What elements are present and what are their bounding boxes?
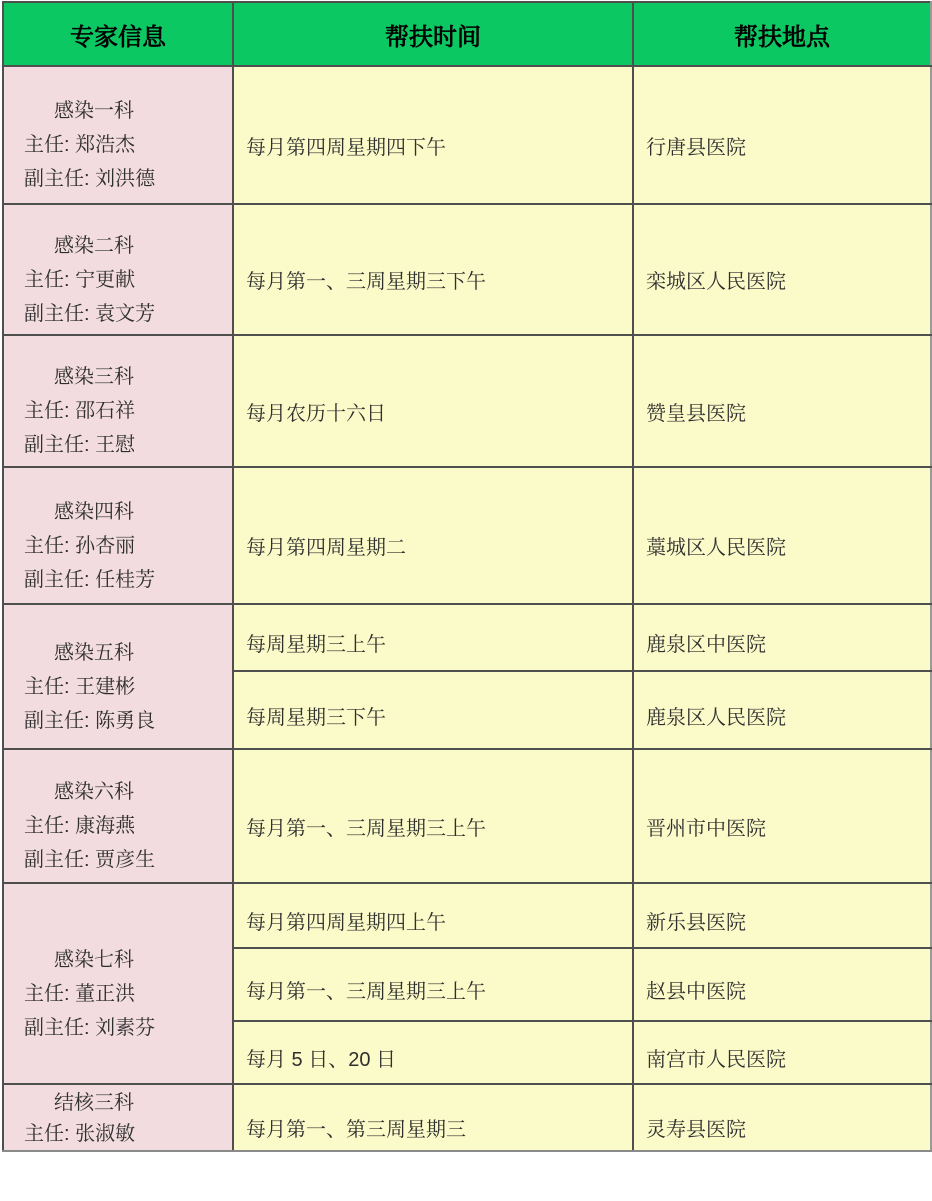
staff-line: 主任: 张淑敏 <box>24 1119 226 1150</box>
staff-line: 副主任: 刘洪德 <box>24 162 226 196</box>
expert-cell: 感染三科 主任: 邵石祥 副主任: 王慰 <box>3 335 233 467</box>
table-row: 感染五科 主任: 王建彬 副主任: 陈勇良 每周星期三上午 鹿泉区中医院 <box>3 604 931 671</box>
expert-cell: 感染六科 主任: 康海燕 副主任: 贾彦生 <box>3 749 233 883</box>
staff-line: 副主任: 袁文芳 <box>24 297 226 331</box>
expert-cell: 结核三科 主任: 张淑敏 <box>3 1084 233 1151</box>
support-location-cell: 晋州市中医院 <box>633 749 931 883</box>
support-location-cell: 藁城区人民医院 <box>633 467 931 604</box>
department-name: 感染三科 <box>24 360 226 394</box>
staff-line: 主任: 康海燕 <box>24 809 226 843</box>
support-location-cell: 新乐县医院 <box>633 883 931 948</box>
staff-line: 主任: 郑浩杰 <box>24 128 226 162</box>
department-name: 感染七科 <box>24 943 226 977</box>
staff-line: 主任: 宁更献 <box>24 263 226 297</box>
expert-cell: 感染四科 主任: 孙杏丽 副主任: 任桂芳 <box>3 467 233 604</box>
support-location-cell: 赵县中医院 <box>633 948 931 1021</box>
department-name: 感染四科 <box>24 495 226 529</box>
support-time-cell: 每月农历十六日 <box>233 335 633 467</box>
support-location-cell: 鹿泉区人民医院 <box>633 671 931 749</box>
department-name: 感染一科 <box>24 94 226 128</box>
support-time-cell: 每月第四周星期四上午 <box>233 883 633 948</box>
header-support-location: 帮扶地点 <box>633 2 931 66</box>
support-location-cell: 灵寿县医院 <box>633 1084 931 1151</box>
staff-line: 副主任: 任桂芳 <box>24 563 226 597</box>
support-time-cell: 每月第一、三周星期三下午 <box>233 204 633 335</box>
table-row: 感染四科 主任: 孙杏丽 副主任: 任桂芳 每月第四周星期二 藁城区人民医院 <box>3 467 931 604</box>
expert-cell: 感染一科 主任: 郑浩杰 副主任: 刘洪德 <box>3 66 233 204</box>
support-time-cell: 每月第一、三周星期三上午 <box>233 948 633 1021</box>
department-name: 感染二科 <box>24 229 226 263</box>
table-row: 感染二科 主任: 宁更献 副主任: 袁文芳 每月第一、三周星期三下午 栾城区人民… <box>3 204 931 335</box>
support-location-cell: 赞皇县医院 <box>633 335 931 467</box>
staff-line: 副主任: 贾彦生 <box>24 843 226 877</box>
table-row: 感染三科 主任: 邵石祥 副主任: 王慰 每月农历十六日 赞皇县医院 <box>3 335 931 467</box>
support-time-cell: 每月第一、第三周星期三 <box>233 1084 633 1151</box>
header-expert-info: 专家信息 <box>3 2 233 66</box>
expert-cell: 感染二科 主任: 宁更献 副主任: 袁文芳 <box>3 204 233 335</box>
table-row: 感染一科 主任: 郑浩杰 副主任: 刘洪德 每月第四周星期四下午 行唐县医院 <box>3 66 931 204</box>
table-row: 感染七科 主任: 董正洪 副主任: 刘素芬 每月第四周星期四上午 新乐县医院 <box>3 883 931 948</box>
department-name: 感染五科 <box>24 636 226 670</box>
staff-line: 主任: 董正洪 <box>24 977 226 1011</box>
table-row: 结核三科 主任: 张淑敏 每月第一、第三周星期三 灵寿县医院 <box>3 1084 931 1151</box>
support-location-cell: 行唐县医院 <box>633 66 931 204</box>
header-row: 专家信息 帮扶时间 帮扶地点 <box>3 2 931 66</box>
support-location-cell: 栾城区人民医院 <box>633 204 931 335</box>
staff-line: 主任: 孙杏丽 <box>24 529 226 563</box>
support-time-cell: 每月第四周星期四下午 <box>233 66 633 204</box>
support-time-cell: 每周星期三下午 <box>233 671 633 749</box>
staff-line: 主任: 王建彬 <box>24 670 226 704</box>
expert-support-table: 专家信息 帮扶时间 帮扶地点 感染一科 主任: 郑浩杰 副主任: 刘洪德 每月第… <box>2 1 932 1152</box>
support-time-cell: 每月 5 日、20 日 <box>233 1021 633 1084</box>
table-row: 感染六科 主任: 康海燕 副主任: 贾彦生 每月第一、三周星期三上午 晋州市中医… <box>3 749 931 883</box>
staff-line: 副主任: 刘素芬 <box>24 1011 226 1045</box>
support-location-cell: 南宫市人民医院 <box>633 1021 931 1084</box>
department-name: 感染六科 <box>24 775 226 809</box>
expert-cell: 感染五科 主任: 王建彬 副主任: 陈勇良 <box>3 604 233 749</box>
header-support-time: 帮扶时间 <box>233 2 633 66</box>
staff-line: 主任: 邵石祥 <box>24 394 226 428</box>
department-name: 结核三科 <box>24 1088 226 1119</box>
expert-cell: 感染七科 主任: 董正洪 副主任: 刘素芬 <box>3 883 233 1084</box>
support-time-cell: 每月第一、三周星期三上午 <box>233 749 633 883</box>
page: 专家信息 帮扶时间 帮扶地点 感染一科 主任: 郑浩杰 副主任: 刘洪德 每月第… <box>0 1 932 1201</box>
support-location-cell: 鹿泉区中医院 <box>633 604 931 671</box>
support-time-cell: 每周星期三上午 <box>233 604 633 671</box>
staff-line: 副主任: 王慰 <box>24 428 226 462</box>
support-time-cell: 每月第四周星期二 <box>233 467 633 604</box>
staff-line: 副主任: 陈勇良 <box>24 704 226 738</box>
